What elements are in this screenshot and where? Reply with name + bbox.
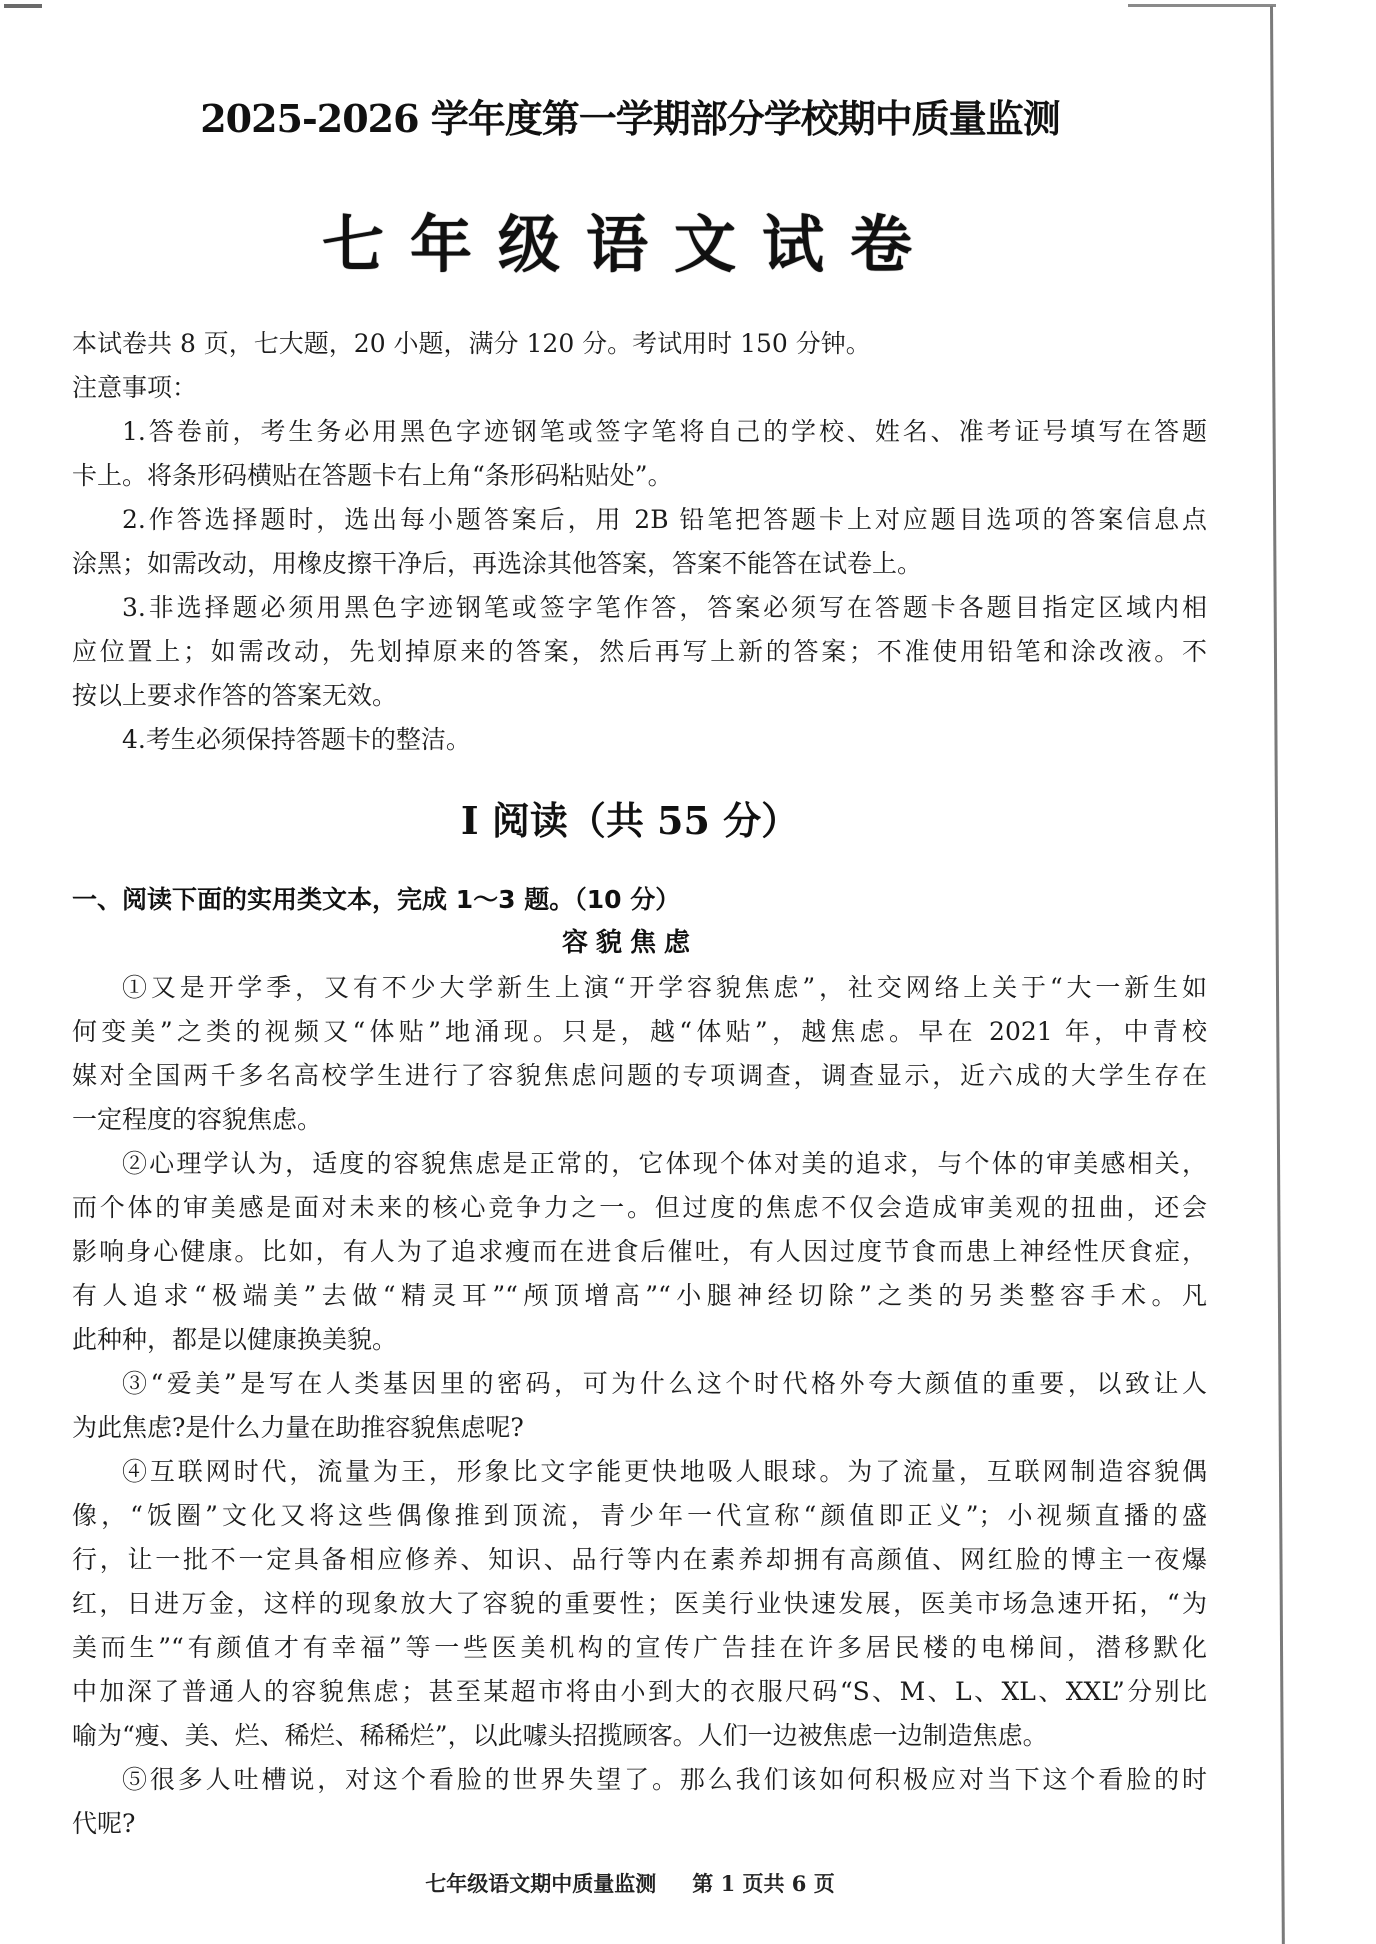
article-title: 容貌焦虑 [0, 922, 1260, 959]
paragraph-4: ④互联网时代，流量为王，形象比文字能更快地吸人眼球。为了流量，互联网制造容貌偶 … [72, 1450, 1207, 1758]
page-footer: 七年级语文期中质量监测第 1 页共 6 页 [0, 1868, 1260, 1898]
paragraph-1: ①又是开学季，又有不少大学新生上演“开学容貌焦虑”，社交网络上关于“大一新生如 … [72, 966, 1207, 1142]
exam-page: 2025-2026 学年度第一学期部分学校期中质量监测 七年级语文试卷 本试卷共… [0, 0, 1260, 1944]
exam-intro: 本试卷共 8 页，七大题，20 小题，满分 120 分。考试用时 150 分钟。… [72, 322, 1207, 410]
question-heading: 一、阅读下面的实用类文本，完成 1～3 题。（10 分） [72, 880, 680, 916]
notice-item-1: 1.答卷前，考生务必用黑色字迹钢笔或签字笔将自己的学校、姓名、准考证号填写在答题… [72, 410, 1207, 498]
paragraph-3: ③“爱美”是写在人类基因里的密码，可为什么这个时代格外夸大颜值的重要，以致让人 … [72, 1362, 1207, 1450]
paragraph-5: ⑤很多人吐槽说，对这个看脸的世界失望了。那么我们该如何积极应对当下这个看脸的时 … [72, 1758, 1207, 1846]
footer-page-info: 第 1 页共 6 页 [692, 1871, 834, 1896]
exam-title: 七年级语文试卷 [0, 195, 1260, 284]
paragraph-2: ②心理学认为，适度的容貌焦虑是正常的，它体现个体对美的追求，与个体的审美感相关，… [72, 1142, 1207, 1362]
notice-item-4: 4.考生必须保持答题卡的整洁。 [72, 718, 1207, 762]
exam-summary: 本试卷共 8 页，七大题，20 小题，满分 120 分。考试用时 150 分钟。 [72, 322, 1207, 366]
exam-subtitle: 2025-2026 学年度第一学期部分学校期中质量监测 [0, 88, 1260, 143]
section-heading: Ⅰ 阅读（共 55 分） [0, 790, 1260, 845]
notice-item-3: 3.非选择题必须用黑色字迹钢笔或签字笔作答，答案必须写在答题卡各题目指定区域内相… [72, 586, 1207, 718]
notice-label: 注意事项： [72, 366, 1207, 410]
scan-edge-line-right [1270, 6, 1285, 1944]
footer-exam-name: 七年级语文期中质量监测 [425, 1871, 656, 1896]
notice-item-2: 2.作答选择题时，选出每小题答案后，用 2B 铅笔把答题卡上对应题目选项的答案信… [72, 498, 1207, 586]
